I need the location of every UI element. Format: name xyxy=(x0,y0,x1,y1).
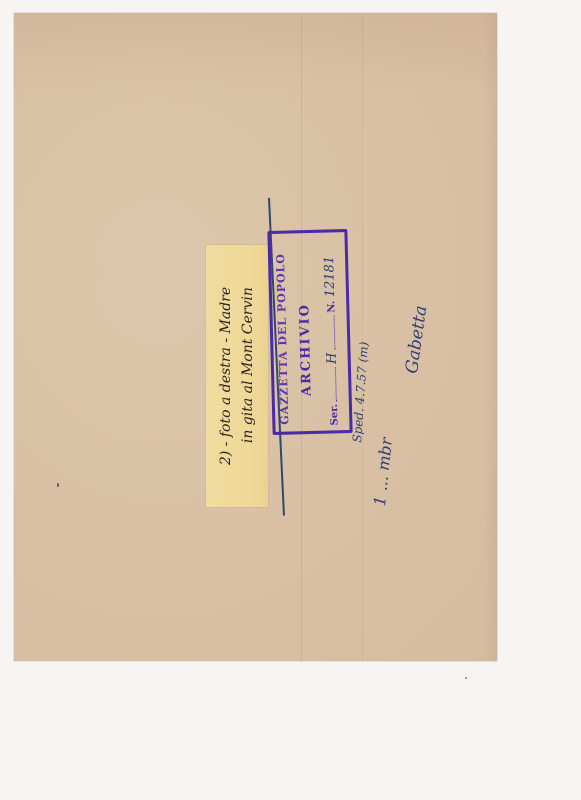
ink-speck xyxy=(57,483,59,487)
stamp-series-value: H xyxy=(325,352,340,364)
stamp-number-label: N. xyxy=(326,301,337,313)
stamp-number-value: 12181 xyxy=(322,256,338,298)
note-line-1: 2) - foto a destra - Madre xyxy=(215,287,237,465)
dust-speck xyxy=(465,677,467,679)
yellow-sticky-note: 2) - foto a destra - Madre in gita al Mo… xyxy=(206,245,268,507)
note-text: 2) - foto a destra - Madre in gita al Mo… xyxy=(215,287,259,465)
stamp-department: ARCHIVIO xyxy=(297,303,314,396)
stamp-series-label: Ser. xyxy=(329,404,341,426)
stamp-content: GAZZETTA DEL POPOLO ARCHIVIO Ser.HN. 121… xyxy=(271,233,348,431)
note-line-2: in gita al Mont Cervin xyxy=(237,287,259,465)
stamp-reference: Ser.HN. 12181 xyxy=(322,256,341,426)
paper-crease xyxy=(362,13,363,661)
archive-stamp: GAZZETTA DEL POPOLO ARCHIVIO Ser.HN. 121… xyxy=(267,229,352,435)
stamp-organization: GAZZETTA DEL POPOLO xyxy=(274,253,291,425)
